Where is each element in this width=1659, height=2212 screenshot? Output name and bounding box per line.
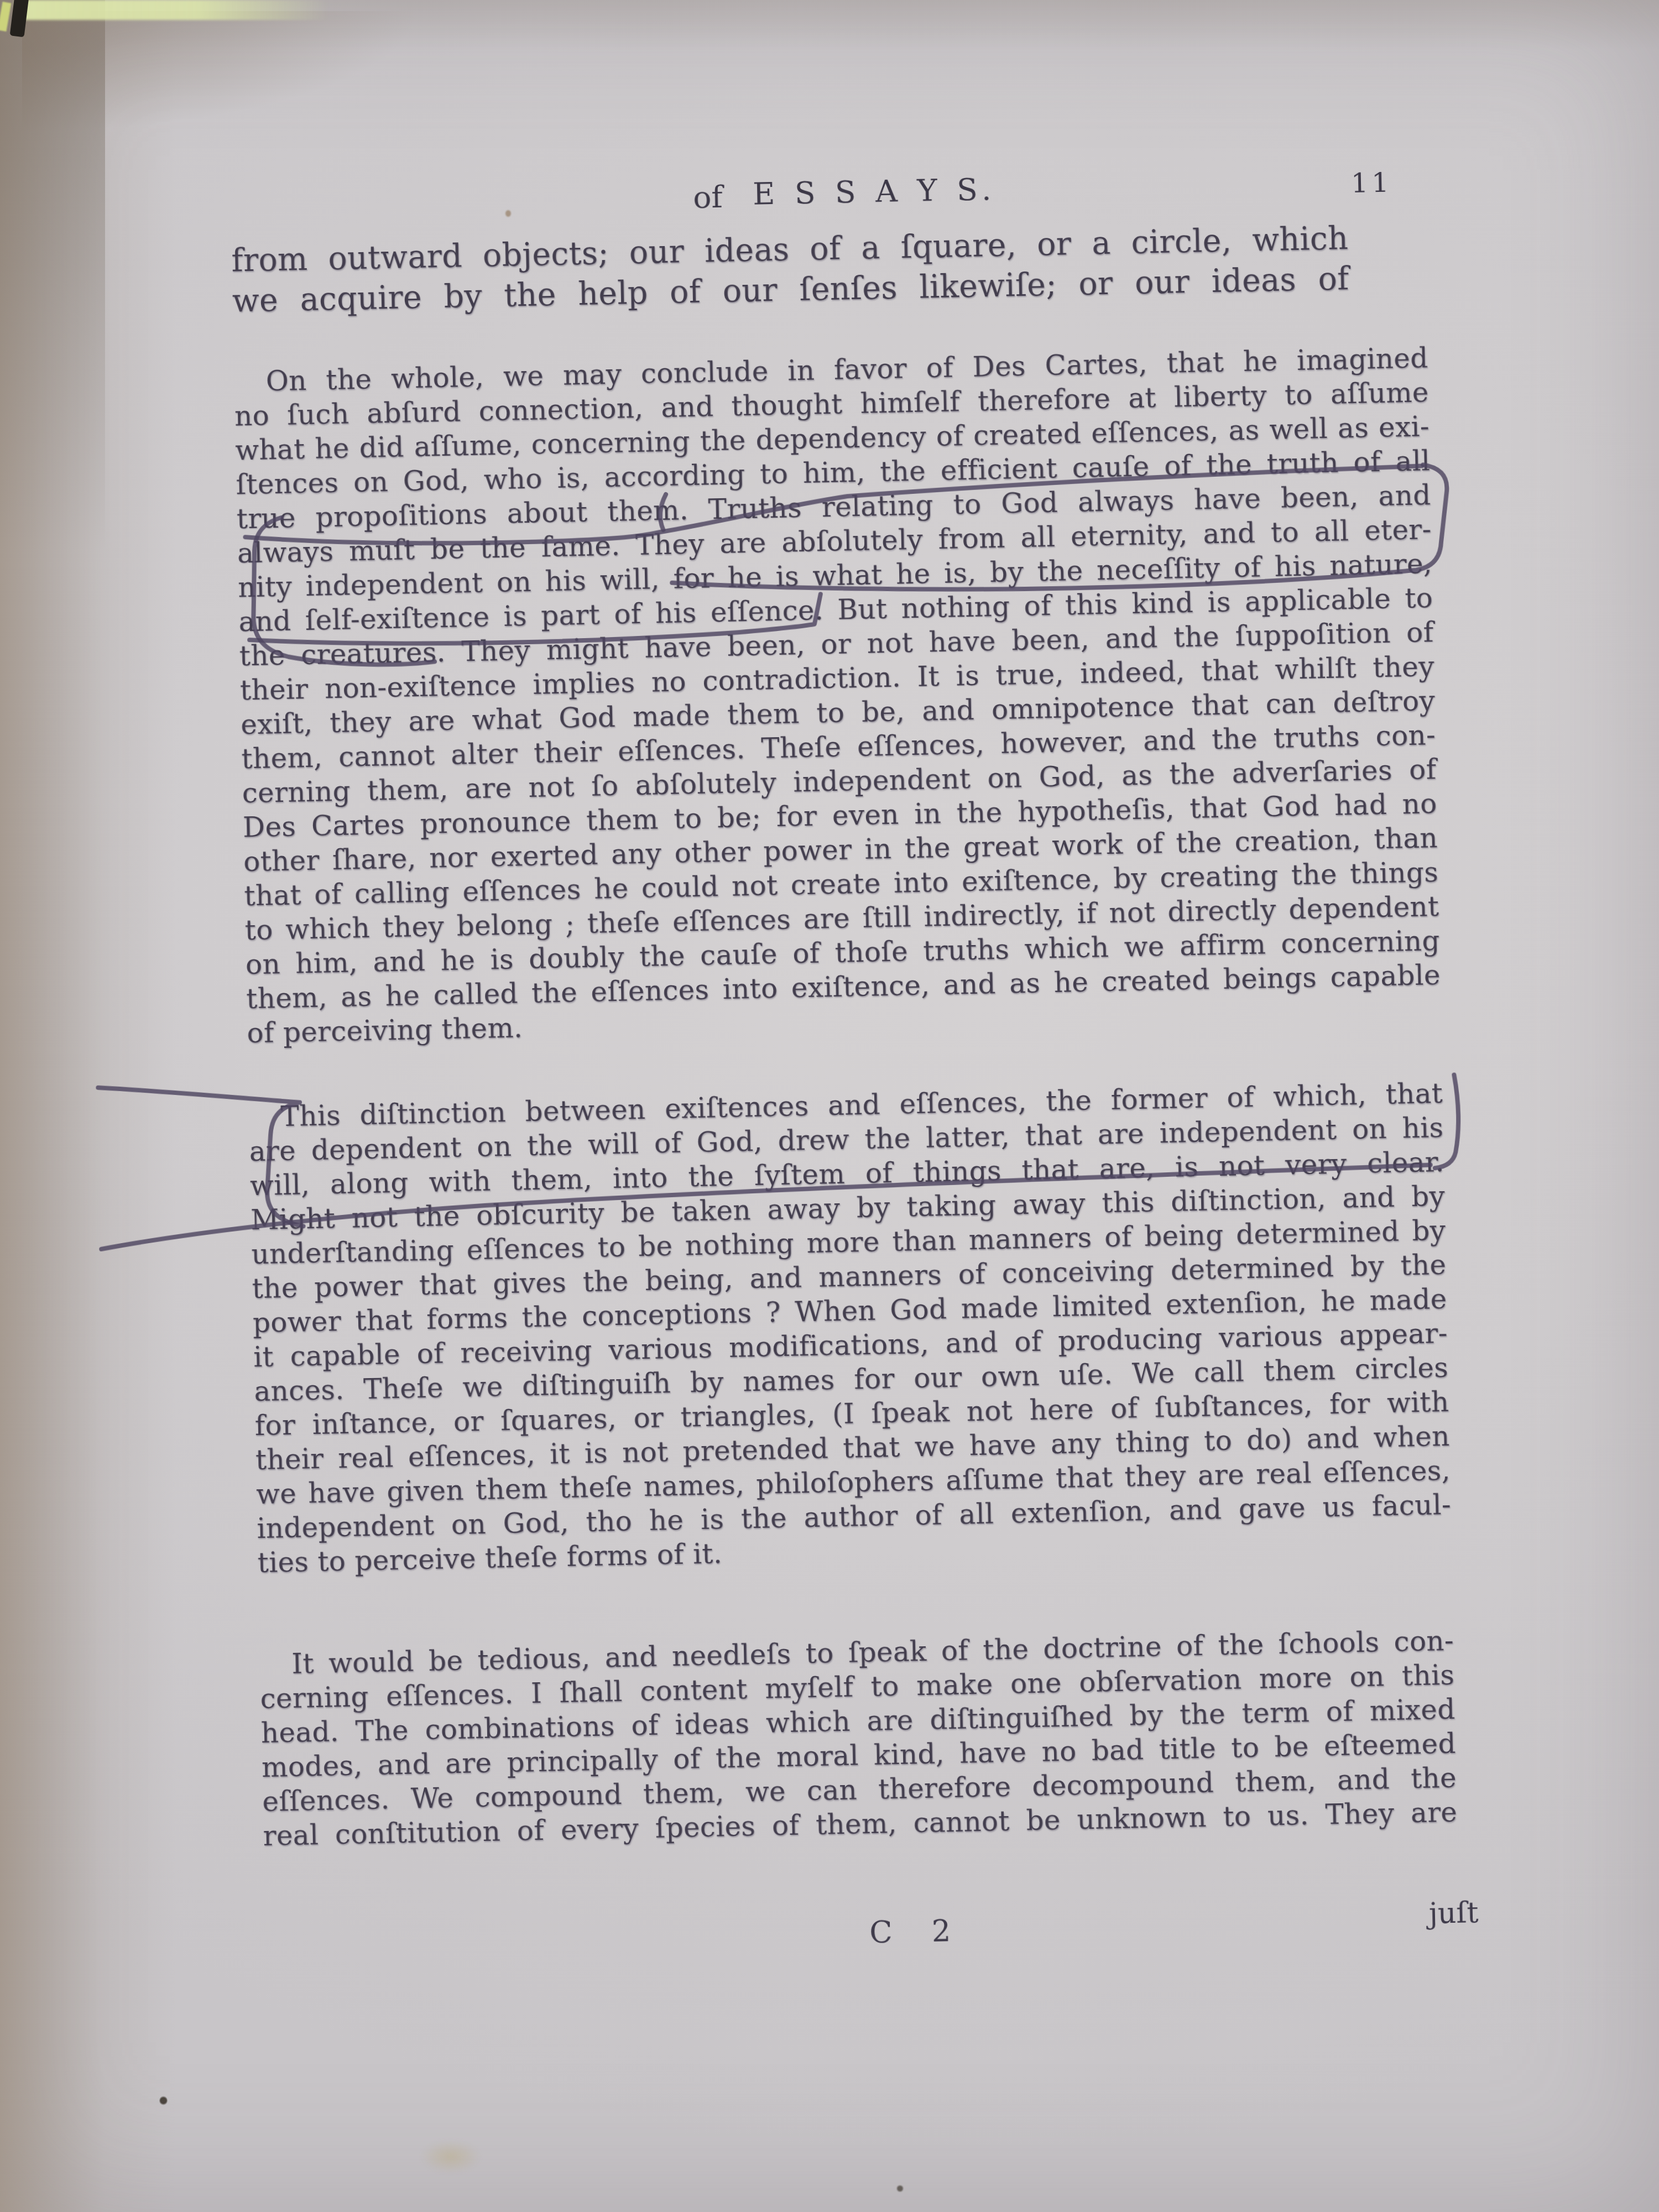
header-prefix: of bbox=[693, 179, 723, 215]
ink-speck bbox=[897, 2185, 903, 2192]
commentary-paragraph-1: On the whole, we may conclude in favor o… bbox=[225, 338, 1566, 1051]
catchword: juſt bbox=[1428, 1896, 1479, 1931]
commentary-paragraph-3: It would be tedious, and needleſs to ſpe… bbox=[251, 1621, 1582, 1853]
gathering-signature: C 2 bbox=[869, 1913, 959, 1950]
main-text-paragraph: from outward objects; our ideas of a ſqu… bbox=[223, 215, 1551, 322]
ink-speck bbox=[159, 2096, 168, 2105]
paper-stain bbox=[420, 2140, 481, 2173]
page-number: 11 bbox=[1350, 167, 1392, 199]
book-page-photo: of E S S A Y S. 11 from outward objects;… bbox=[0, 0, 1659, 2212]
background-strip bbox=[14, 0, 346, 20]
printed-text-block: of E S S A Y S. 11 from outward objects;… bbox=[221, 139, 1587, 2101]
commentary-paragraph-2: This diſtinction between exiſtences and … bbox=[240, 1073, 1577, 1580]
header-title: E S S A Y S. bbox=[753, 171, 997, 212]
